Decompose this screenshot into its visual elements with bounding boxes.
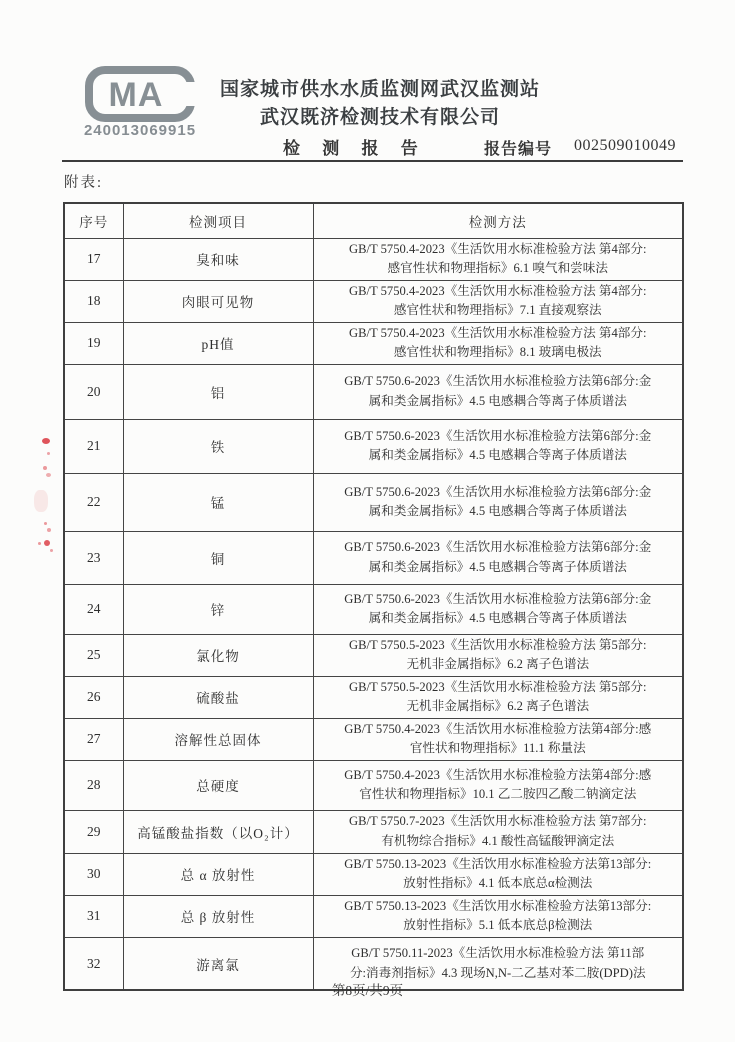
- table-row: 19pH值GB/T 5750.4-2023《生活饮用水标准检验方法 第4部分: …: [64, 322, 683, 364]
- row-number-cell: 24: [64, 584, 123, 634]
- methods-table: 序号 检测项目 检测方法 17臭和味GB/T 5750.4-2023《生活饮用水…: [63, 202, 684, 991]
- item-cell: 溶解性总固体: [123, 718, 313, 760]
- item-cell: 铝: [123, 364, 313, 419]
- red-stamp-mark: [44, 540, 50, 546]
- row-number-cell: 19: [64, 322, 123, 364]
- red-stamp-mark: [44, 522, 47, 525]
- row-number-cell: 26: [64, 676, 123, 718]
- table-row: 29高锰酸盐指数（以O₂计）GB/T 5750.7-2023《生活饮用水标准检验…: [64, 810, 683, 853]
- method-cell: GB/T 5750.6-2023《生活饮用水标准检验方法第6部分:金 属和类金属…: [313, 531, 683, 584]
- item-cell: pH值: [123, 322, 313, 364]
- red-stamp-mark: [38, 542, 41, 545]
- item-cell: 肉眼可见物: [123, 280, 313, 322]
- row-number-cell: 28: [64, 760, 123, 810]
- item-cell: 锰: [123, 473, 313, 531]
- header-cell-no: 序号: [64, 203, 123, 238]
- cma-certificate-number: 240013069915: [80, 122, 200, 139]
- row-number-cell: 20: [64, 364, 123, 419]
- item-cell: 高锰酸盐指数（以O₂计）: [123, 810, 313, 853]
- row-number-cell: 27: [64, 718, 123, 760]
- appendix-label: 附表:: [64, 171, 103, 192]
- table-header-row: 序号 检测项目 检测方法: [64, 203, 683, 238]
- row-number-cell: 31: [64, 895, 123, 937]
- table-row: 23铜GB/T 5750.6-2023《生活饮用水标准检验方法第6部分:金 属和…: [64, 531, 683, 584]
- table-row: 25氯化物GB/T 5750.5-2023《生活饮用水标准检验方法 第5部分: …: [64, 634, 683, 676]
- item-cell: 总 β 放射性: [123, 895, 313, 937]
- report-number-value: 002509010049: [574, 137, 676, 155]
- row-number-cell: 18: [64, 280, 123, 322]
- org-line2: 武汉既济检测技术有限公司: [205, 104, 555, 132]
- row-number-cell: 17: [64, 238, 123, 280]
- cma-logo-text: MA: [109, 76, 164, 114]
- row-number-cell: 21: [64, 419, 123, 473]
- header-cell-method: 检测方法: [313, 203, 683, 238]
- method-cell: GB/T 5750.6-2023《生活饮用水标准检验方法第6部分:金 属和类金属…: [313, 419, 683, 473]
- red-stamp-mark: [46, 473, 51, 477]
- method-cell: GB/T 5750.6-2023《生活饮用水标准检验方法第6部分:金 属和类金属…: [313, 473, 683, 531]
- item-cell: 总 α 放射性: [123, 853, 313, 895]
- report-title: 检 测 报 告: [283, 134, 427, 159]
- method-cell: GB/T 5750.6-2023《生活饮用水标准检验方法第6部分:金 属和类金属…: [313, 364, 683, 419]
- red-stamp-mark: [47, 528, 51, 532]
- red-stamp-mark: [47, 452, 50, 455]
- row-number-cell: 30: [64, 853, 123, 895]
- red-stamp-mark: [34, 490, 48, 512]
- report-page: MA 240013069915 国家城市供水水质监测网武汉监测站 武汉既济检测技…: [0, 0, 735, 1042]
- method-cell: GB/T 5750.4-2023《生活饮用水标准检验方法 第4部分: 感官性状和…: [313, 238, 683, 280]
- red-stamp-mark: [50, 549, 53, 552]
- header-cell-item: 检测项目: [123, 203, 313, 238]
- method-cell: GB/T 5750.5-2023《生活饮用水标准检验方法 第5部分: 无机非金属…: [313, 676, 683, 718]
- item-cell: 硫酸盐: [123, 676, 313, 718]
- method-cell: GB/T 5750.5-2023《生活饮用水标准检验方法 第5部分: 无机非金属…: [313, 634, 683, 676]
- page-number-footer: 第8页/共9页: [0, 979, 735, 999]
- organization-names: 国家城市供水水质监测网武汉监测站 武汉既济检测技术有限公司: [205, 76, 555, 132]
- red-stamp-mark: [42, 438, 50, 444]
- cma-logo-icon: MA: [84, 66, 196, 122]
- method-cell: GB/T 5750.7-2023《生活饮用水标准检验方法 第7部分: 有机物综合…: [313, 810, 683, 853]
- method-cell: GB/T 5750.4-2023《生活饮用水标准检验方法第4部分:感 官性状和物…: [313, 718, 683, 760]
- method-cell: GB/T 5750.6-2023《生活饮用水标准检验方法第6部分:金 属和类金属…: [313, 584, 683, 634]
- table-row: 18肉眼可见物GB/T 5750.4-2023《生活饮用水标准检验方法 第4部分…: [64, 280, 683, 322]
- row-number-cell: 22: [64, 473, 123, 531]
- item-cell: 氯化物: [123, 634, 313, 676]
- row-number-cell: 23: [64, 531, 123, 584]
- table-row: 17臭和味GB/T 5750.4-2023《生活饮用水标准检验方法 第4部分: …: [64, 238, 683, 280]
- table-row: 22锰GB/T 5750.6-2023《生活饮用水标准检验方法第6部分:金 属和…: [64, 473, 683, 531]
- method-cell: GB/T 5750.4-2023《生活饮用水标准检验方法 第4部分: 感官性状和…: [313, 280, 683, 322]
- row-number-cell: 25: [64, 634, 123, 676]
- report-table-body: 17臭和味GB/T 5750.4-2023《生活饮用水标准检验方法 第4部分: …: [64, 238, 683, 990]
- table-row: 21铁GB/T 5750.6-2023《生活饮用水标准检验方法第6部分:金 属和…: [64, 419, 683, 473]
- report-number-label: 报告编号: [484, 136, 552, 159]
- method-cell: GB/T 5750.13-2023《生活饮用水标准检验方法第13部分: 放射性指…: [313, 853, 683, 895]
- table-row: 20铝GB/T 5750.6-2023《生活饮用水标准检验方法第6部分:金 属和…: [64, 364, 683, 419]
- table-row: 31总 β 放射性GB/T 5750.13-2023《生活饮用水标准检验方法第1…: [64, 895, 683, 937]
- method-cell: GB/T 5750.4-2023《生活饮用水标准检验方法第4部分:感 官性状和物…: [313, 760, 683, 810]
- table-row: 28总硬度GB/T 5750.4-2023《生活饮用水标准检验方法第4部分:感 …: [64, 760, 683, 810]
- table-row: 30总 α 放射性GB/T 5750.13-2023《生活饮用水标准检验方法第1…: [64, 853, 683, 895]
- header-divider-line: [62, 160, 683, 162]
- red-stamp-mark: [43, 466, 47, 470]
- item-cell: 总硬度: [123, 760, 313, 810]
- method-cell: GB/T 5750.13-2023《生活饮用水标准检验方法第13部分: 放射性指…: [313, 895, 683, 937]
- item-cell: 铁: [123, 419, 313, 473]
- org-line1: 国家城市供水水质监测网武汉监测站: [205, 76, 555, 104]
- table-row: 24锌GB/T 5750.6-2023《生活饮用水标准检验方法第6部分:金 属和…: [64, 584, 683, 634]
- item-cell: 铜: [123, 531, 313, 584]
- method-cell: GB/T 5750.4-2023《生活饮用水标准检验方法 第4部分: 感官性状和…: [313, 322, 683, 364]
- row-number-cell: 29: [64, 810, 123, 853]
- item-cell: 锌: [123, 584, 313, 634]
- table-row: 27溶解性总固体GB/T 5750.4-2023《生活饮用水标准检验方法第4部分…: [64, 718, 683, 760]
- table-row: 26硫酸盐GB/T 5750.5-2023《生活饮用水标准检验方法 第5部分: …: [64, 676, 683, 718]
- item-cell: 臭和味: [123, 238, 313, 280]
